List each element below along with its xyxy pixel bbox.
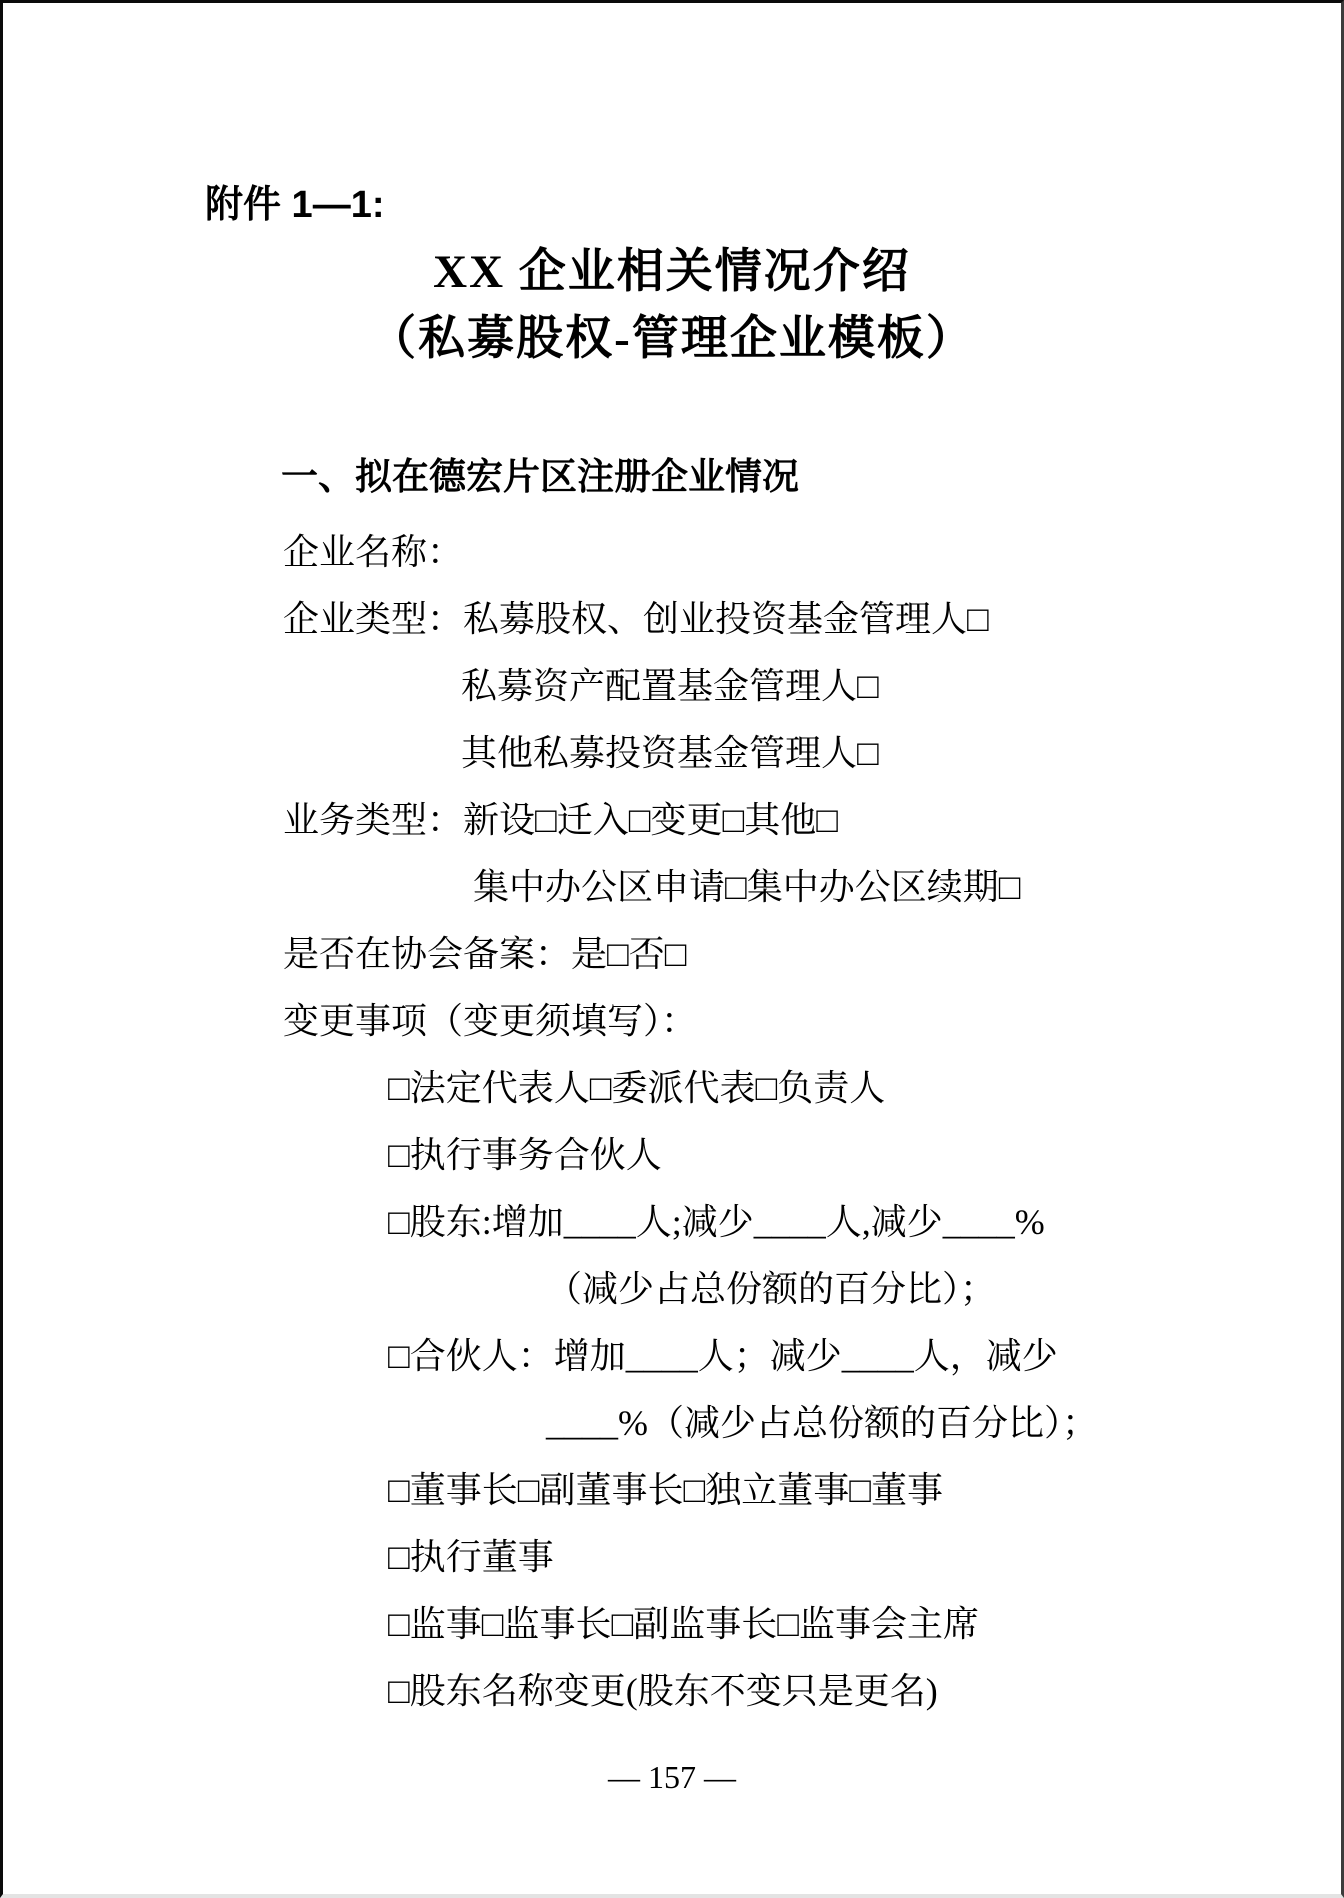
- change-option-partner: □合伙人：增加____人；减少____人，减少: [3, 1323, 1341, 1390]
- page-number: — 157 —: [3, 1755, 1341, 1799]
- attachment-number-label: 附件 1—1:: [205, 183, 384, 227]
- document-title-line2: （私募股权-管理企业模板）: [3, 306, 1341, 373]
- change-items-label: 变更事项（变更须填写）：: [3, 988, 1341, 1055]
- enterprise-name-label: 企业名称：: [3, 519, 1341, 586]
- document-page: 附件 1—1: XX 企业相关情况介绍 （私募股权-管理企业模板） 一、拟在德宏…: [0, 0, 1344, 1898]
- enterprise-type-option-asset-allocation: 私募资产配置基金管理人□: [3, 653, 1341, 720]
- enterprise-type-option-other-fund: 其他私募投资基金管理人□: [3, 720, 1341, 787]
- section-heading: 一、拟在德宏片区注册企业情况: [281, 453, 799, 501]
- business-type-line: 业务类型：新设□迁入□变更□其他□: [3, 787, 1341, 854]
- change-option-executive-partner: □执行事务合伙人: [3, 1122, 1341, 1189]
- change-option-directors: □董事长□副董事长□独立董事□董事: [3, 1457, 1341, 1524]
- enterprise-type-line: 企业类型：私募股权、创业投资基金管理人□: [3, 586, 1341, 653]
- change-option-shareholder: □股东:增加____人;减少____人,减少____%: [3, 1189, 1341, 1256]
- change-option-executive-director: □执行董事: [3, 1524, 1341, 1591]
- change-option-partner-note: ____%（减少占总份额的百分比）；: [3, 1390, 1341, 1457]
- change-option-shareholder-note: （减少占总份额的百分比）；: [3, 1256, 1341, 1323]
- change-option-supervisors: □监事□监事长□副监事长□监事会主席: [3, 1591, 1341, 1658]
- change-option-representatives: □法定代表人□委派代表□负责人: [3, 1055, 1341, 1122]
- association-filing-line: 是否在协会备案：是□否□: [3, 921, 1341, 988]
- document-title-line1: XX 企业相关情况介绍: [3, 239, 1341, 306]
- change-option-shareholder-rename: □股东名称变更(股东不变只是更名): [3, 1658, 1341, 1725]
- business-type-option-office-area: 集中办公区申请□集中办公区续期□: [3, 854, 1341, 921]
- form-body: 企业名称： 企业类型：私募股权、创业投资基金管理人□ 私募资产配置基金管理人□ …: [3, 519, 1341, 1725]
- document-title: XX 企业相关情况介绍 （私募股权-管理企业模板）: [3, 239, 1341, 373]
